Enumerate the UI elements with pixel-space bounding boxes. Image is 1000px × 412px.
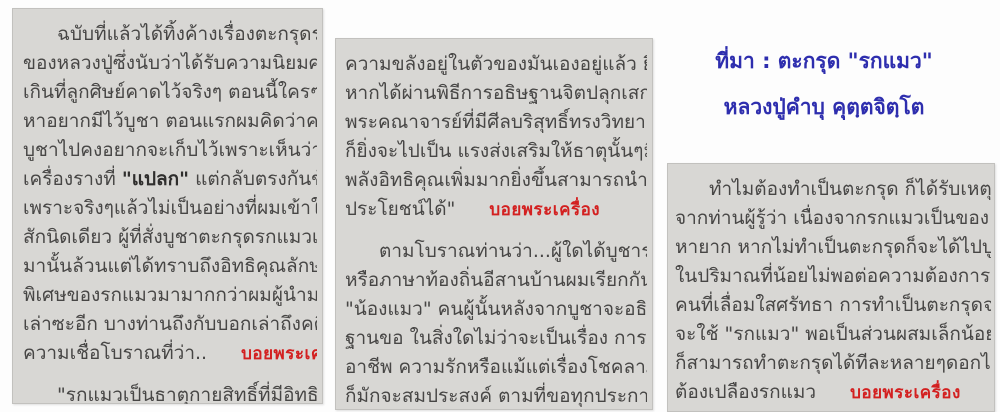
text-line: สักนิดเดียว ผู้ที่สั่งบูชาตะกรุดรกแมวเข้… [23, 223, 317, 252]
text-segment: คนที่เลื่อมใสศรัทธา การทำเป็นตะกรุดจะ [675, 294, 991, 316]
text-segment: ฉบับที่แล้วได้ทิ้งค้างเรื่องตะกรุดรกแมว [57, 23, 317, 45]
text-segment: พิเศษของรกแมวมามากกว่าผมผู้นำมา [23, 284, 317, 306]
text-segment: ในปริมาณที่น้อยไม่พอต่อความต้องการของ [675, 265, 991, 287]
text-line: หาอยากมีไว้บูชา ตอนแรกผมคิดว่าคนที่ [23, 107, 317, 136]
text-line: หายาก หากไม่ทำเป็นตะกรุดก็จะได้ไปบูชา [675, 233, 991, 262]
text-line: ฉบับที่แล้วได้ทิ้งค้างเรื่องตะกรุดรกแมว [23, 20, 317, 49]
text-line: คนที่เลื่อมใสศรัทธา การทำเป็นตะกรุดจะ [675, 291, 991, 320]
text-line: ก็สามารถทำตะกรุดได้ทีละหลายๆดอกไม่ [675, 349, 991, 378]
text-segment: หาอยากมีไว้บูชา ตอนแรกผมคิดว่าคนที่ [23, 110, 317, 132]
text-segment: หายาก หากไม่ทำเป็นตะกรุดก็จะได้ไปบูชา [675, 236, 991, 258]
text-segment: เกินที่ลูกศิษย์คาดไว้จริงๆ ตอนนี้ใครๆก็ถ… [23, 81, 317, 103]
text-line: พิเศษของรกแมวมามากกว่าผมผู้นำมา [23, 281, 317, 310]
text-line: มานั้นล้วนแต่ได้ทราบถึงอิทธิคุณลักษณะ [23, 252, 317, 281]
text-line: ความเชื่อโบราณที่ว่า..บอยพระเครื่อง [23, 339, 317, 368]
text-line: ความขลังอยู่ในตัวของมันเองอยู่แล้ว ยิ่งถ… [345, 50, 647, 79]
text-segment: แต่กลับตรงกันข้าม [189, 168, 317, 190]
text-line: "น้องแมว" คนผู้นั้นหลังจากบูชาจะอธิษ- [345, 295, 647, 324]
text-line: ต้องเปลืองรกแมวบอยพระเครื่อง [675, 378, 991, 407]
text-segment: ของหลวงปู่ซึ่งนับว่าได้รับความนิยมศรัทธา [23, 52, 317, 74]
byline: บอยพระเครื่อง [241, 344, 317, 364]
scanned-article-page: ฉบับที่แล้วได้ทิ้งค้างเรื่องตะกรุดรกแมวข… [0, 0, 1000, 412]
byline: บอยพระเครื่อง [489, 200, 600, 220]
text-line: เกินที่ลูกศิษย์คาดไว้จริงๆ ตอนนี้ใครๆก็ถ… [23, 78, 317, 107]
text-segment: มานั้นล้วนแต่ได้ทราบถึงอิทธิคุณลักษณะ [23, 255, 317, 277]
text-segment: ประโยชน์ได้" [345, 198, 455, 220]
text-line: จะใช้ "รกแมว" พอเป็นส่วนผสมเล็กน้อย [675, 320, 991, 349]
text-line: จากท่านผู้รู้ว่า เนื่องจากรกแมวเป็นของ [675, 204, 991, 233]
article-column-1: ฉบับที่แล้วได้ทิ้งค้างเรื่องตะกรุดรกแมวข… [12, 8, 323, 404]
text-segment: จากท่านผู้รู้ว่า เนื่องจากรกแมวเป็นของ [675, 207, 989, 229]
text-segment: "แปลก" [122, 168, 189, 190]
text-segment: ทำไมต้องทำเป็นตะกรุด ก็ได้รับเหตุผล [709, 178, 991, 200]
text-segment: อาชีพ ความรักหรือแม้แต่เรื่องโชคลาภ [345, 356, 647, 378]
text-segment: บูชาไปคงอยากจะเก็บไว้เพราะเห็นว่าเป็น [23, 139, 317, 161]
source-caption-line-2: หลวงปู่คำบุ คุตฺตจิตฺโต [652, 84, 996, 130]
text-line: ตามโบราณท่านว่า...ผู้ใดได้บูชารกแมว [345, 237, 647, 266]
text-line: ฐานขอ ในสิ่งใดไม่ว่าจะเป็นเรื่อง การงาน [345, 324, 647, 353]
text-line: ในปริมาณที่น้อยไม่พอต่อความต้องการของ [675, 262, 991, 291]
byline: บอยพระเครื่อง [850, 383, 961, 403]
text-line: เครื่องรางที่ "แปลก" แต่กลับตรงกันข้าม [23, 165, 317, 194]
text-segment: เพราะจริงๆแล้วไม่เป็นอย่างที่ผมเข้าใจเลย [23, 197, 317, 219]
text-segment: ความขลังอยู่ในตัวของมันเองอยู่แล้ว ยิ่งถ… [345, 53, 647, 75]
text-segment: เครื่องรางที่ [23, 168, 122, 190]
text-line: เพราะจริงๆแล้วไม่เป็นอย่างที่ผมเข้าใจเลย [23, 194, 317, 223]
text-segment: พระคณาจารย์ที่มีศีลบริสุทธิ์ทรงวิทยาคม [345, 111, 647, 133]
text-segment: หรือภาษาท้องถิ่นอีสานบ้านผมเรียกกันว่า [345, 269, 647, 291]
text-segment: เล่าซะอีก บางท่านถึงกับบอกเล่าถึงคติ [23, 313, 317, 335]
text-line: ประโยชน์ได้"บอยพระเครื่อง [345, 195, 647, 224]
text-line: เล่าซะอีก บางท่านถึงกับบอกเล่าถึงคติ [23, 310, 317, 339]
text-line: ก็ยิ่งจะไปเป็น แรงส่งเสริมให้ธาตุนั้นๆมี [345, 137, 647, 166]
text-line: พระคณาจารย์ที่มีศีลบริสุทธิ์ทรงวิทยาคม [345, 108, 647, 137]
article-column-3: ทำไมต้องทำเป็นตะกรุด ก็ได้รับเหตุผลจากท่… [667, 163, 995, 412]
text-line: บูชาไปคงอยากจะเก็บไว้เพราะเห็นว่าเป็น [23, 136, 317, 165]
source-caption-line-1: ที่มา : ตะกรุด "รกแมว" [652, 38, 996, 84]
text-segment: ต้องเปลืองรกแมว [675, 381, 816, 403]
text-line: อาชีพ ความรักหรือแม้แต่เรื่องโชคลาภ [345, 353, 647, 382]
text-segment: ตามโบราณท่านว่า...ผู้ใดได้บูชารกแมว [379, 240, 647, 262]
text-line: หากได้ผ่านพิธีการอธิษฐานจิตปลุกเสกจาก [345, 79, 647, 108]
text-line: หรือภาษาท้องถิ่นอีสานบ้านผมเรียกกันว่า [345, 266, 647, 295]
text-segment: สักนิดเดียว ผู้ที่สั่งบูชาตะกรุดรกแมวเข้… [23, 226, 317, 248]
text-segment: ฐานขอ ในสิ่งใดไม่ว่าจะเป็นเรื่อง การงาน [345, 327, 647, 349]
text-line: ก็มักจะสมประสงค์ ตามที่ขอทุกประการ [345, 382, 647, 410]
text-line: ของหลวงปู่ซึ่งนับว่าได้รับความนิยมศรัทธา [23, 49, 317, 78]
text-segment: จะใช้ "รกแมว" พอเป็นส่วนผสมเล็กน้อย [675, 323, 991, 345]
text-line: พลังอิทธิคุณเพิ่มมากยิ่งขึ้นสามารถนำมาใช… [345, 166, 647, 195]
text-segment: "รกแมวเป็นธาตุกายสิทธิ์ที่มีอิทธิคุณ [57, 384, 317, 404]
text-segment: ก็มักจะสมประสงค์ ตามที่ขอทุกประการ [345, 385, 647, 407]
source-caption: ที่มา : ตะกรุด "รกแมว" หลวงปู่คำบุ คุตฺต… [652, 38, 996, 130]
text-segment: ความเชื่อโบราณที่ว่า.. [23, 342, 207, 364]
text-segment: ก็สามารถทำตะกรุดได้ทีละหลายๆดอกไม่ [675, 352, 991, 374]
text-line: ทำไมต้องทำเป็นตะกรุด ก็ได้รับเหตุผล [675, 175, 991, 204]
text-segment: ก็ยิ่งจะไปเป็น แรงส่งเสริมให้ธาตุนั้นๆมี [345, 140, 647, 162]
article-column-2: ความขลังอยู่ในตัวของมันเองอยู่แล้ว ยิ่งถ… [335, 38, 653, 410]
text-line: "รกแมวเป็นธาตุกายสิทธิ์ที่มีอิทธิคุณ [23, 381, 317, 404]
text-segment: "น้องแมว" คนผู้นั้นหลังจากบูชาจะอธิษ- [345, 298, 647, 320]
text-segment: พลังอิทธิคุณเพิ่มมากยิ่งขึ้นสามารถนำมาใช… [345, 169, 647, 191]
text-segment: หากได้ผ่านพิธีการอธิษฐานจิตปลุกเสกจาก [345, 82, 647, 104]
